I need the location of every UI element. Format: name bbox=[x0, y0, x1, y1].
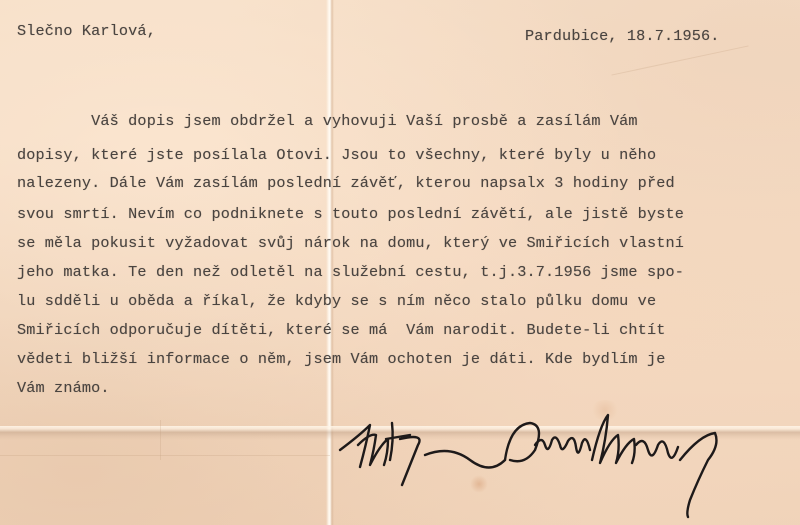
salutation: Slečno Karlová, bbox=[17, 22, 156, 40]
body-line: svou smrtí. Nevím co podniknete s touto … bbox=[17, 205, 684, 223]
paper-crease bbox=[611, 45, 748, 75]
body-line: se měla pokusit vyžadovat svůj nárok na … bbox=[17, 234, 684, 252]
body-line: Vám známo. bbox=[17, 379, 110, 397]
handwritten-signature bbox=[330, 405, 750, 525]
place-and-date: Pardubice, 18.7.1956. bbox=[525, 27, 720, 45]
paper-crease bbox=[160, 420, 161, 460]
body-line: lu sdděli u oběda a říkal, že kdyby se s… bbox=[17, 292, 656, 310]
body-line: jeho matka. Te den než odletěl na služeb… bbox=[17, 263, 684, 281]
paper-crease bbox=[0, 455, 330, 456]
body-line: vědeti bližší informace o něm, jsem Vám … bbox=[17, 350, 665, 368]
body-line: dopisy, které jste posílala Otovi. Jsou … bbox=[17, 146, 656, 164]
body-line: Váš dopis jsem obdržel a vyhovuji Vaší p… bbox=[17, 112, 638, 130]
body-line: nalezeny. Dále Vám zasílám poslední závě… bbox=[17, 174, 675, 192]
body-line: Smiřicích odporučuje dítěti, které se má… bbox=[17, 321, 665, 339]
letter-page: Slečno Karlová, Pardubice, 18.7.1956. Vá… bbox=[0, 0, 800, 525]
